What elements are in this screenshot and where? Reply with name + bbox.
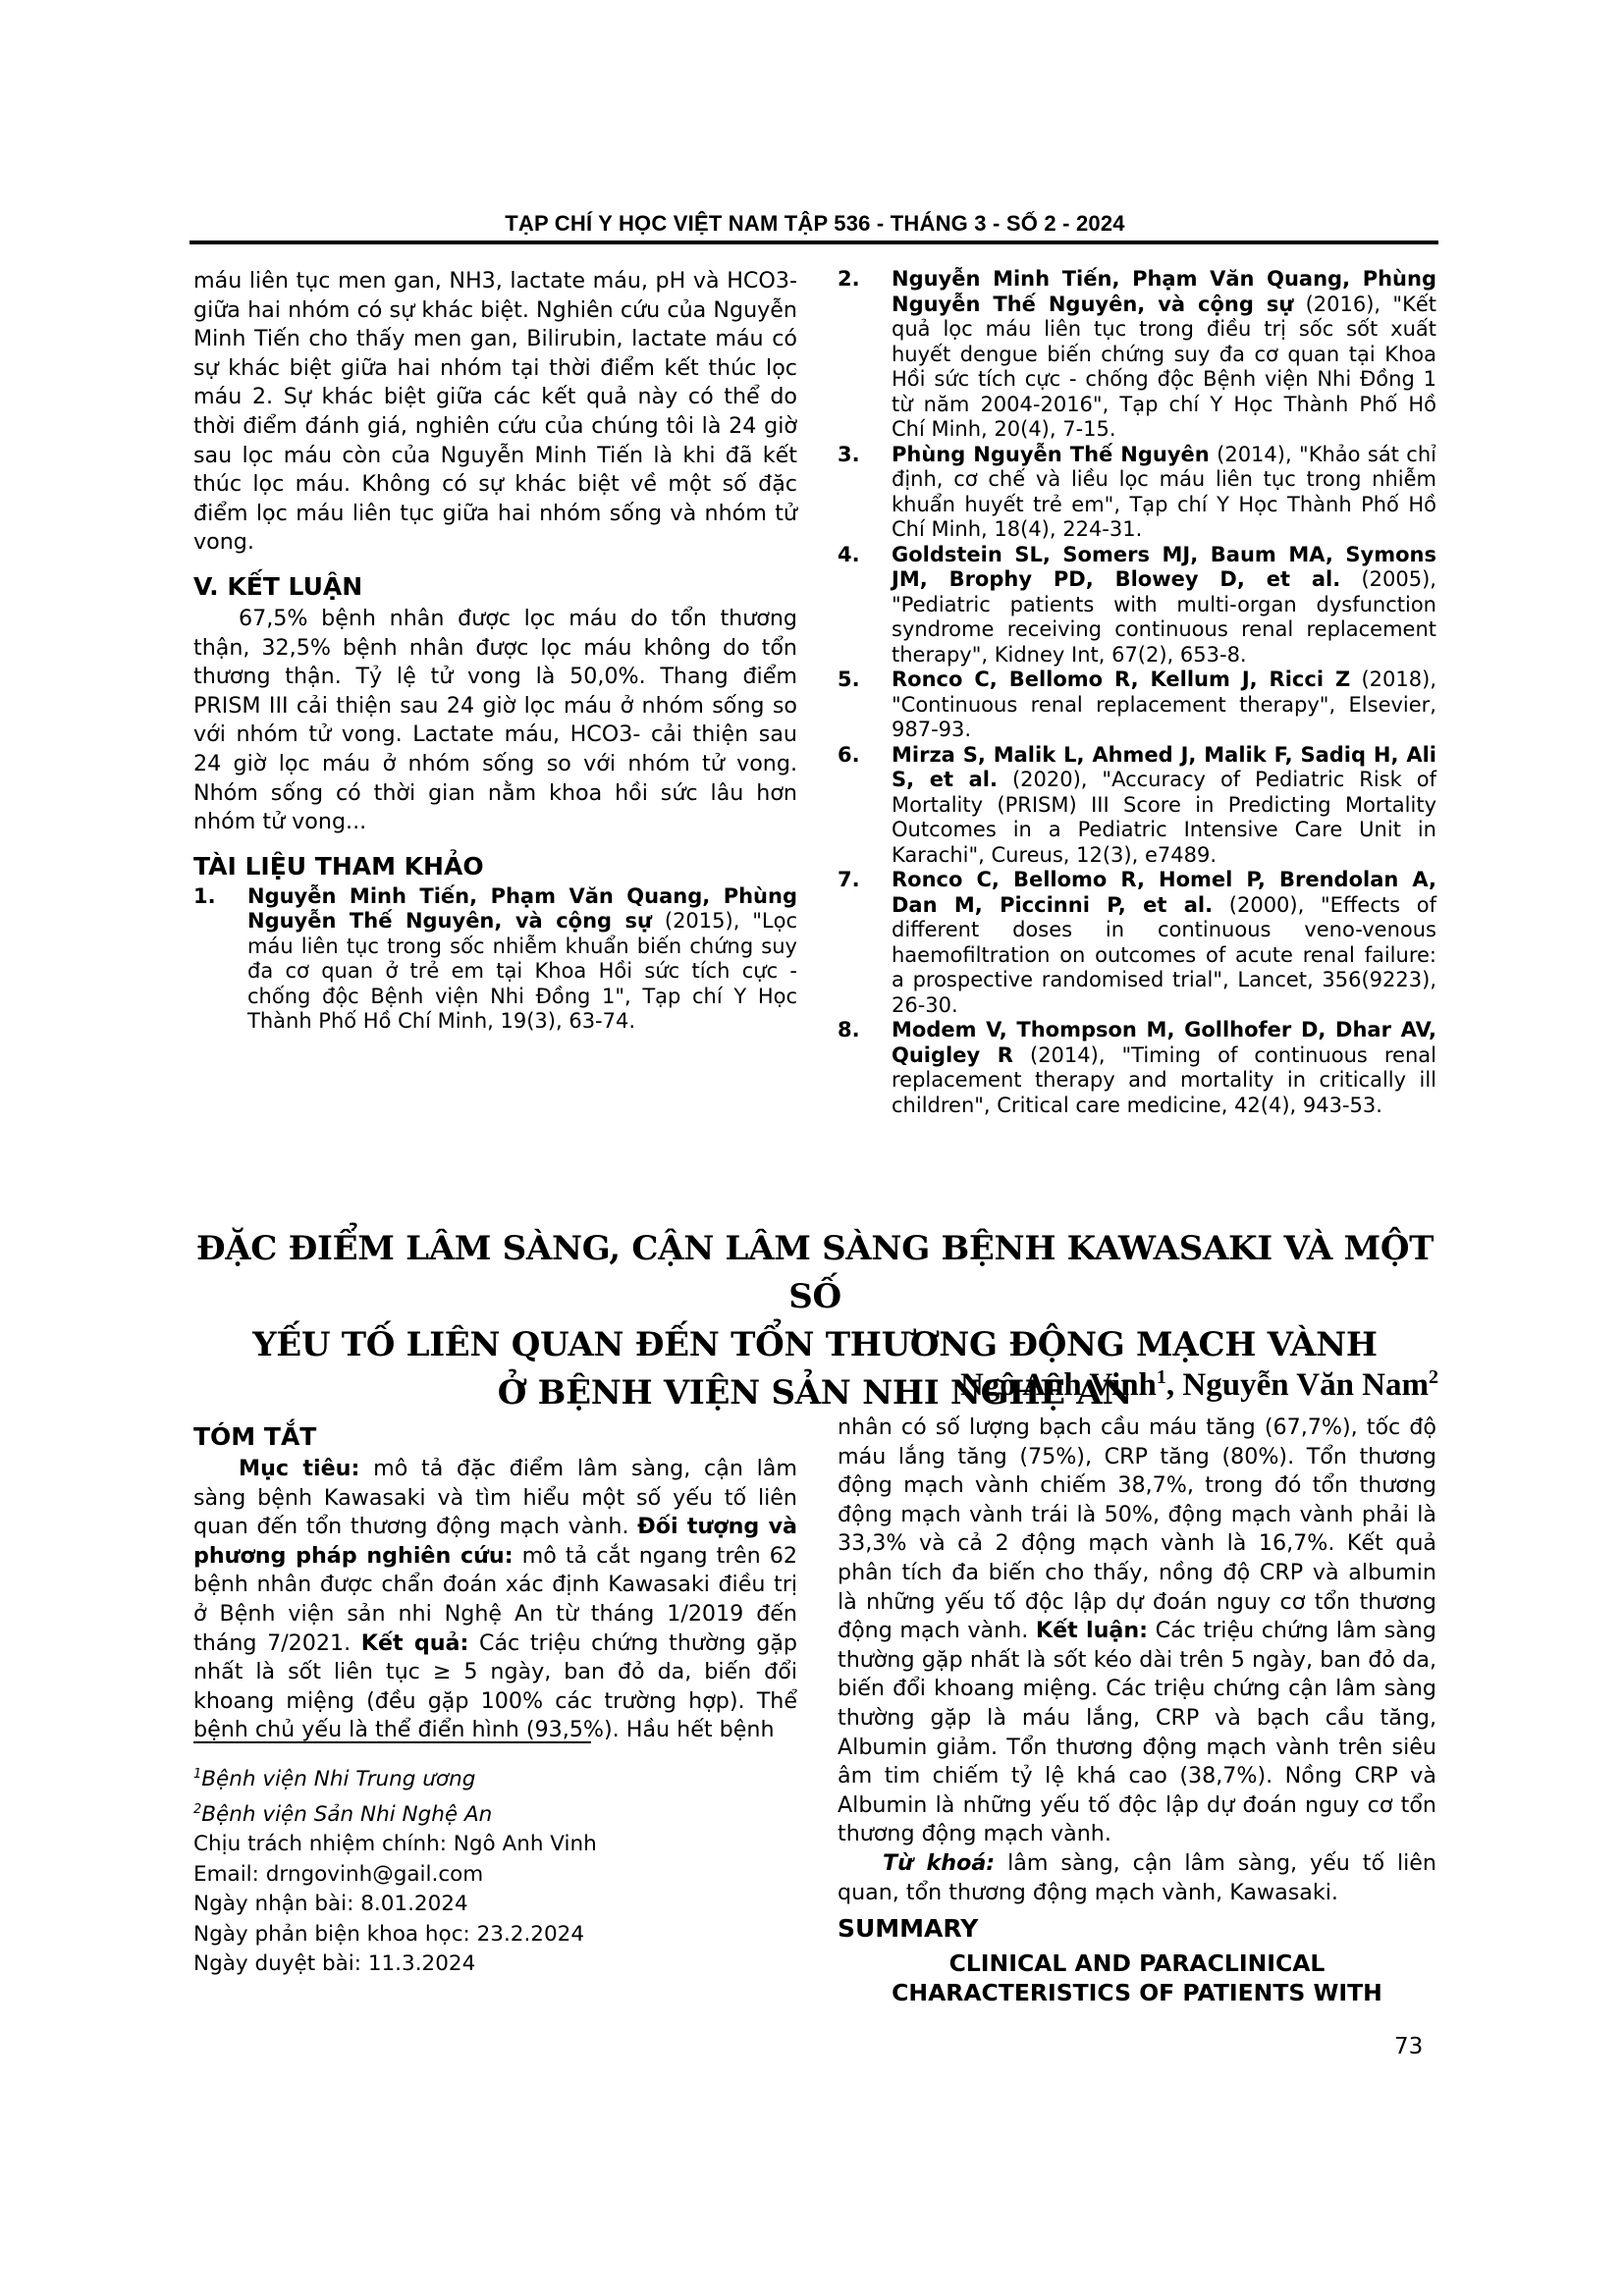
author-separator: ,: [1166, 1367, 1183, 1403]
author-affiliation-mark: 2: [1429, 1366, 1438, 1388]
summary-heading: SUMMARY: [838, 1913, 1436, 1945]
affiliation-2: 2Bệnh viện Sản Nhi Nghệ An: [193, 1795, 797, 1831]
reference-item: 2.Nguyễn Minh Tiến, Phạm Văn Quang, Phùn…: [838, 267, 1436, 443]
reference-number: 1.: [193, 884, 216, 910]
reference-number: 3.: [838, 443, 860, 468]
abstract-paragraph: Mục tiêu: mô tả đặc điểm lâm sàng, cận l…: [193, 1455, 797, 1745]
reference-authors: Phùng Nguyễn Thế Nguyên: [892, 443, 1210, 466]
reference-number: 2.: [838, 267, 860, 293]
article-title-line: ĐẶC ĐIỂM LÂM SÀNG, CẬN LÂM SÀNG BỆNH KAW…: [191, 1225, 1438, 1321]
references-heading: TÀI LIỆU THAM KHẢO: [193, 851, 797, 882]
summary-title-line: CLINICAL AND PARACLINICAL: [838, 1949, 1436, 1978]
reference-item: 1.Nguyễn Minh Tiến, Phạm Văn Quang, Phùn…: [193, 884, 797, 1035]
results-text-continued: nhân có số lượng bạch cầu máu tăng (67,7…: [838, 1415, 1436, 1643]
reference-item: 8.Modem V, Thompson M, Gollhofer D, Dhar…: [838, 1018, 1436, 1118]
author-name: Ngô Anh Vinh: [960, 1367, 1157, 1403]
author-name: Nguyễn Văn Nam: [1182, 1367, 1429, 1403]
summary-title: CLINICAL AND PARACLINICAL CHARACTERISTIC…: [838, 1949, 1436, 2007]
reference-item: 3.Phùng Nguyễn Thế Nguyên (2014), "Khảo …: [838, 443, 1436, 543]
abstract-heading: TÓM TẮT: [193, 1421, 797, 1453]
abstract-continued: nhân có số lượng bạch cầu máu tăng (67,7…: [838, 1414, 1436, 1849]
journal-page: TẠP CHÍ Y HỌC VIỆT NAM TẬP 536 - THÁNG 3…: [0, 0, 1624, 2296]
reference-item: 5.Ronco C, Bellomo R, Kellum J, Ricci Z …: [838, 667, 1436, 743]
reference-item: 6.Mirza S, Malik L, Ahmed J, Malik F, Sa…: [838, 743, 1436, 869]
left-column-top: máu liên tục men gan, NH3, lactate máu, …: [193, 267, 797, 1035]
received-date: Ngày nhận bài: 8.01.2024: [193, 1890, 797, 1920]
reference-list-left: 1.Nguyễn Minh Tiến, Phạm Văn Quang, Phùn…: [193, 884, 797, 1035]
affiliation-text: Bệnh viện Nhi Trung ương: [201, 1767, 475, 1791]
discussion-tail: máu liên tục men gan, NH3, lactate máu, …: [193, 267, 797, 558]
reference-number: 5.: [838, 667, 860, 693]
conclusion-text: 67,5% bệnh nhân được lọc máu do tổn thươ…: [193, 605, 797, 837]
conclusion-label: Kết luận:: [1036, 1618, 1148, 1643]
reference-number: 6.: [838, 743, 860, 769]
reference-number: 4.: [838, 543, 860, 568]
keywords: Từ khoá: lâm sàng, cận lâm sàng, yếu tố …: [838, 1849, 1436, 1907]
article-authors: Ngô Anh Vinh1, Nguyễn Văn Nam2: [960, 1366, 1438, 1404]
footnote-rule: [193, 1741, 591, 1743]
reference-list-right: 2.Nguyễn Minh Tiến, Phạm Văn Quang, Phùn…: [838, 267, 1436, 1118]
page-number: 73: [1394, 2034, 1423, 2059]
header-rule: [189, 240, 1438, 244]
affiliation-text: Bệnh viện Sản Nhi Nghệ An: [201, 1802, 492, 1827]
results-label: Kết quả:: [361, 1630, 469, 1656]
email: Email: drngovinh@gail.com: [193, 1860, 797, 1891]
reference-item: 4.Goldstein SL, Somers MJ, Baum MA, Symo…: [838, 543, 1436, 668]
conclusion-heading: V. KẾT LUẬN: [193, 571, 797, 603]
running-head: TẠP CHÍ Y HỌC VIỆT NAM TẬP 536 - THÁNG 3…: [191, 211, 1438, 237]
reference-authors: Ronco C, Bellomo R, Kellum J, Ricci Z: [892, 667, 1350, 691]
right-column-top: 2.Nguyễn Minh Tiến, Phạm Văn Quang, Phùn…: [838, 267, 1436, 1118]
left-column-bottom: TÓM TẮT Mục tiêu: mô tả đặc điểm lâm sàn…: [193, 1421, 797, 1745]
corresponding-author: Chịu trách nhiệm chính: Ngô Anh Vinh: [193, 1830, 797, 1860]
reference-number: 7.: [838, 868, 860, 893]
footnotes: 1Bệnh viện Nhi Trung ương 2Bệnh viện Sản…: [193, 1760, 797, 1980]
author-affiliation-mark: 1: [1157, 1366, 1166, 1388]
accepted-date: Ngày duyệt bài: 11.3.2024: [193, 1949, 797, 1980]
affiliation-1: 1Bệnh viện Nhi Trung ương: [193, 1760, 797, 1795]
conclusion-text: Các triệu chứng lâm sàng thường gặp nhất…: [838, 1618, 1436, 1846]
reference-item: 7.Ronco C, Bellomo R, Homel P, Brendolan…: [838, 868, 1436, 1018]
objective-label: Mục tiêu:: [239, 1456, 359, 1481]
right-column-bottom: nhân có số lượng bạch cầu máu tăng (67,7…: [838, 1414, 1436, 2007]
reference-number: 8.: [838, 1018, 860, 1043]
article-title-line: YẾU TỐ LIÊN QUAN ĐẾN TỔN THƯƠNG ĐỘNG MẠC…: [191, 1321, 1438, 1369]
keywords-label: Từ khoá:: [883, 1850, 995, 1876]
reviewed-date: Ngày phản biện khoa học: 23.2.2024: [193, 1920, 797, 1950]
summary-title-line: CHARACTERISTICS OF PATIENTS WITH: [838, 1978, 1436, 2007]
